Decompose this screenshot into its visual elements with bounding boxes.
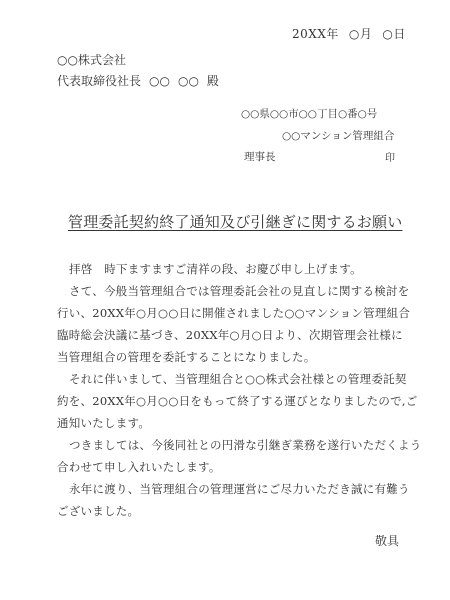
recipient-title: 代表取締役社長 — [57, 74, 141, 88]
closing-remark: 敬具 — [375, 532, 399, 549]
body-line: つきましては、今後同社との円滑な引継ぎ業務を遂行いただくよう — [57, 434, 397, 456]
date-day: ○日 — [382, 27, 405, 41]
letter-subject: 管理委託契約終了通知及び引継ぎに関するお願い — [68, 211, 402, 232]
body-line: 通知いたします。 — [57, 412, 397, 434]
body-line: 当管理組合の管理を委託することになりました。 — [57, 346, 397, 368]
body-line: 合わせて申し入れいたします。 — [57, 456, 397, 478]
body-line: 永年に渡り、当管理組合の管理運営にご尽力いただき誠に有難う — [57, 478, 397, 500]
recipient-name-line: 代表取締役社長○○○○殿 — [57, 72, 219, 89]
sender-chair-title: 理事長 — [244, 149, 276, 164]
body-line: 臨時総会決議に基づき、20XX年○月○日より、次期管理会社様に — [57, 324, 397, 346]
body-line: 拝啓 時下ますますご清祥の段、お慶び申し上げます。 — [57, 258, 397, 280]
date-year: 20XX年 — [292, 27, 339, 41]
body-line: ございました。 — [57, 500, 397, 522]
body-line: さて、今般当管理組合では管理委託会社の見直しに関する検討を — [57, 280, 397, 302]
recipient-honorific: 殿 — [207, 74, 219, 88]
recipient-surname: ○○ — [149, 74, 170, 88]
body-line: 行い、20XX年○月○○日に開催されました○○マンション管理組合 — [57, 302, 397, 324]
sender-organization: ○○マンション管理組合 — [282, 128, 394, 143]
body-line: それに伴いまして、当管理組合と○○株式会社様との管理委託契 — [57, 368, 397, 390]
body-line: 約を、20XX年○月○○日をもって終了する運びとなりましたので,ご — [57, 390, 397, 412]
letter-date: 20XX年○月○日 — [292, 25, 406, 42]
recipient-company: ○○株式会社 — [57, 51, 126, 68]
seal-mark: 印 — [385, 149, 395, 164]
letter-body: 拝啓 時下ますますご清祥の段、お慶び申し上げます。 さて、今般当管理組合では管理… — [57, 258, 397, 522]
recipient-given-name: ○○ — [178, 74, 199, 88]
date-month: ○月 — [349, 27, 372, 41]
sender-address: ○○県○○市○○丁目○番○号 — [241, 106, 377, 121]
